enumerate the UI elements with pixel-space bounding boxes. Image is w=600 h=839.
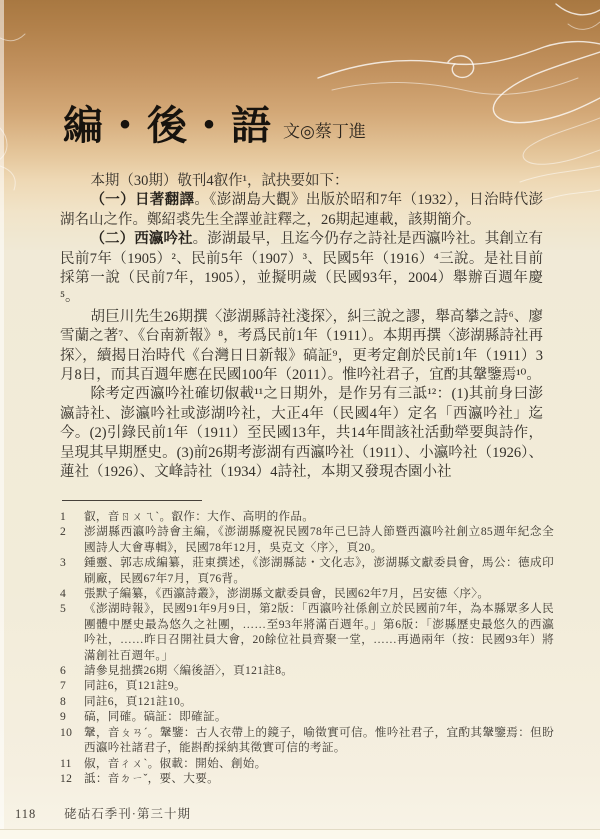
footnote-number: 8 <box>60 694 84 709</box>
footnote-item: 11俶，音ㄔㄨˋ。俶載：開始、創始。 <box>60 756 554 771</box>
footnote-separator-rule <box>62 500 202 501</box>
paragraph-lead: （一）日著翻譯 <box>90 192 194 208</box>
footnote-text: 俶，音ㄔㄨˋ。俶載：開始、創始。 <box>84 756 554 771</box>
footnote-item: 7同註6，頁121註9。 <box>60 678 554 693</box>
footnote-item: 12詆：音ㄉㄧˇ，要、大要。 <box>60 771 554 786</box>
footnote-item: 10鞶，音ㄆㄢˊ。鞶鑒：古人衣帶上的鏡子，喻徵實可信。惟吟社君子，宜酌其鞶鑒焉：… <box>60 725 554 756</box>
footnote-number: 1 <box>60 509 84 524</box>
footnote-text: 《澎湖時報》，民國91年9月9日，第2版：「西瀛吟社係創立於民國前7年，為本縣眾… <box>84 601 554 663</box>
footnote-number: 10 <box>60 725 84 756</box>
scan-edge-bottom <box>0 829 600 839</box>
footnote-number: 3 <box>60 555 84 586</box>
footnote-text: 詆：音ㄉㄧˇ，要、大要。 <box>84 771 554 786</box>
footnote-text: 叡，音ㄖㄨㄟˋ。叡作：大作、高明的作品。 <box>84 509 554 524</box>
footnote-text: 同註6，頁121註9。 <box>84 678 554 693</box>
paragraph: （二）西瀛吟社。澎湖最早，且迄今仍存之詩社是西瀛吟社。其創立有民前7年（1905… <box>60 230 543 308</box>
scan-edge-left <box>0 0 4 839</box>
title-row: 編・後・語 文◎蔡丁進 <box>63 103 366 149</box>
footnotes-list: 1叡，音ㄖㄨㄟˋ。叡作：大作、高明的作品。2澎湖縣西瀛吟詩會主編，《澎湖縣慶祝民… <box>60 509 554 786</box>
footnote-number: 9 <box>60 709 84 724</box>
footnote-number: 4 <box>60 586 84 601</box>
footnote-text: 澎湖縣西瀛吟詩會主編，《澎湖縣慶祝民國78年己巳詩人節暨西瀛吟社創立85週年紀念… <box>84 524 554 555</box>
footnote-item: 4張默子編纂，《西瀛詩叢》，澎湖縣文獻委員會，民國62年7月，呂安德〈序〉。 <box>60 586 554 601</box>
page-footer: 118 硓𥑮石季刊·第三十期 <box>15 804 191 822</box>
author-byline: 文◎蔡丁進 <box>283 117 366 149</box>
footnote-item: 5《澎湖時報》，民國91年9月9日，第2版：「西瀛吟社係創立於民國前7年，為本縣… <box>60 601 554 663</box>
footnote-number: 12 <box>60 771 84 786</box>
footnote-number: 5 <box>60 601 84 663</box>
paragraph-lead: （二）西瀛吟社 <box>90 231 192 247</box>
page-title: 編・後・語 <box>63 103 273 149</box>
footnote-text: 請參見拙撰26期〈編後語〉，頁121註8。 <box>84 663 554 678</box>
footnote-item: 1叡，音ㄖㄨㄟˋ。叡作：大作、高明的作品。 <box>60 509 554 524</box>
footnote-item: 8同註6，頁121註10。 <box>60 694 554 709</box>
paragraph-text: 除考定西瀛吟社確切俶載¹¹之日期外，是作另有三詆¹²：(1)其前身曰澎瀛詩社、澎… <box>60 386 543 480</box>
footnote-item: 3鍾靈、郭志成編纂，莊東撰述，《澎湖縣誌・文化志》，澎湖縣文獻委員會，馬公：德成… <box>60 555 554 586</box>
paragraph: 本期（30期）敬刊4叡作¹，試抉要如下： <box>60 172 543 191</box>
scanned-journal-page: 編・後・語 文◎蔡丁進 本期（30期）敬刊4叡作¹，試抉要如下： （一）日著翻譯… <box>0 0 600 839</box>
page-number: 118 <box>15 807 36 822</box>
journal-title: 硓𥑮石季刊·第三十期 <box>64 804 191 822</box>
footnote-number: 7 <box>60 678 84 693</box>
paragraph: （一）日著翻譯。《澎湖島大觀》出版於昭和7年（1932），日治時代澎湖名山之作。… <box>60 191 543 230</box>
article-body: 本期（30期）敬刊4叡作¹，試抉要如下： （一）日著翻譯。《澎湖島大觀》出版於昭… <box>60 172 543 483</box>
paragraph: 除考定西瀛吟社確切俶載¹¹之日期外，是作另有三詆¹²：(1)其前身曰澎瀛詩社、澎… <box>60 385 543 482</box>
paragraph-text: 胡巨川先生26期撰〈澎湖縣詩社淺探〉，糾三說之謬，舉高攀之詩⁶、廖雪蘭之著⁷、《… <box>60 309 543 383</box>
paragraph: 胡巨川先生26期撰〈澎湖縣詩社淺探〉，糾三說之謬，舉高攀之詩⁶、廖雪蘭之著⁷、《… <box>60 308 543 386</box>
footnote-number: 2 <box>60 524 84 555</box>
footnote-text: 鞶，音ㄆㄢˊ。鞶鑒：古人衣帶上的鏡子，喻徵實可信。惟吟社君子，宜酌其鞶鑒焉：但盼… <box>84 725 554 756</box>
footnote-number: 6 <box>60 663 84 678</box>
footnote-text: 碻，同確。碻証：即確証。 <box>84 709 554 724</box>
footnote-item: 6請參見拙撰26期〈編後語〉，頁121註8。 <box>60 663 554 678</box>
footnote-number: 11 <box>60 756 84 771</box>
footnote-item: 9碻，同確。碻証：即確証。 <box>60 709 554 724</box>
footnote-text: 張默子編纂，《西瀛詩叢》，澎湖縣文獻委員會，民國62年7月，呂安德〈序〉。 <box>84 586 554 601</box>
footnote-item: 2澎湖縣西瀛吟詩會主編，《澎湖縣慶祝民國78年己巳詩人節暨西瀛吟社創立85週年紀… <box>60 524 554 555</box>
footnote-text: 鍾靈、郭志成編纂，莊東撰述，《澎湖縣誌・文化志》，澎湖縣文獻委員會，馬公：德成印… <box>84 555 554 586</box>
paragraph-text: 本期（30期）敬刊4叡作¹，試抉要如下： <box>90 173 348 189</box>
footnote-text: 同註6，頁121註10。 <box>84 694 554 709</box>
